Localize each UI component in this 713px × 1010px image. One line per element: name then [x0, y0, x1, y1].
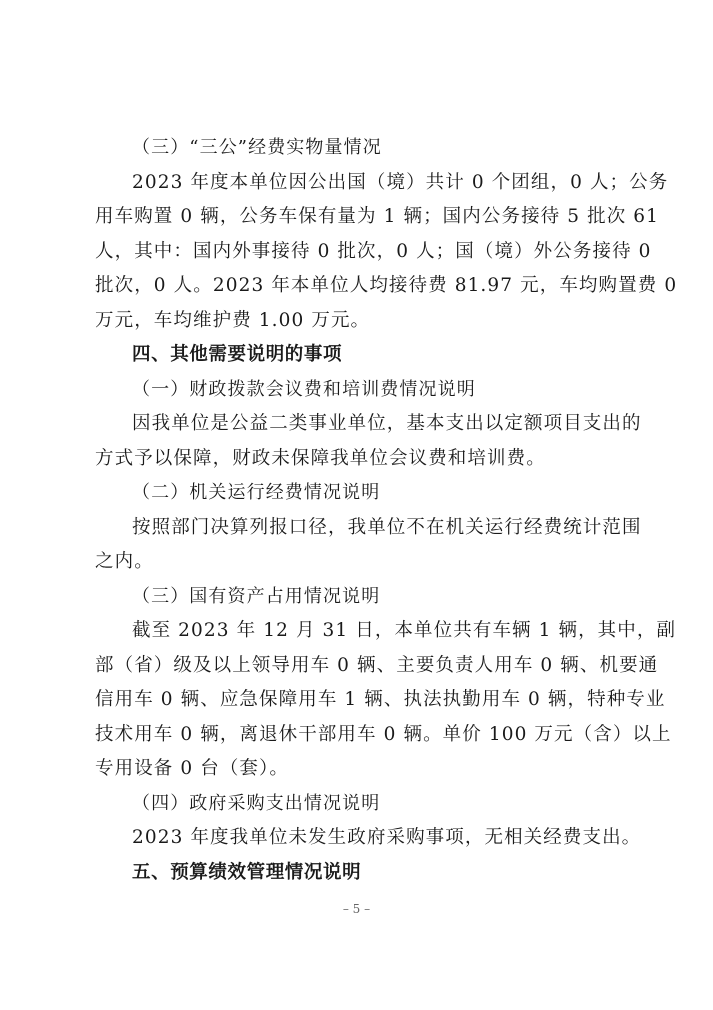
heading-performance-management: 五、预算绩效管理情况说明 [95, 856, 623, 891]
page-number: – 5 – [0, 902, 713, 916]
paragraph-sangong-physical: 2023 年度本单位因公出国（境）共计 0 个团组，0 人；公务 用车购置 0 … [95, 166, 623, 339]
paragraph-line: 之内。 [95, 545, 623, 580]
paragraph-line: 2023 年度本单位因公出国（境）共计 0 个团组，0 人；公务 [95, 166, 623, 201]
paragraph-line: 批次，0 人。2023 年本单位人均接待费 81.97 元，车均购置费 0 [95, 269, 623, 304]
subheading-procurement: （四）政府采购支出情况说明 [95, 787, 623, 822]
paragraph-operating-costs: 按照部门决算列报口径，我单位不在机关运行经费统计范围 之内。 [95, 511, 623, 580]
subheading-state-assets: （三）国有资产占用情况说明 [95, 580, 623, 615]
subheading-operating-costs: （二）机关运行经费情况说明 [95, 476, 623, 511]
paragraph-line: 因我单位是公益二类事业单位，基本支出以定额项目支出的 [95, 407, 623, 442]
heading-other-matters: 四、其他需要说明的事项 [95, 338, 623, 373]
paragraph-line: 技术用车 0 辆，离退休干部用车 0 辆。单价 100 万元（含）以上 [95, 718, 623, 753]
document-page: （三）“三公”经费实物量情况 2023 年度本单位因公出国（境）共计 0 个团组… [95, 131, 623, 890]
subheading-sangong-physical: （三）“三公”经费实物量情况 [95, 131, 623, 166]
paragraph-line: 专用设备 0 台（套）。 [95, 752, 623, 787]
subheading-meeting-training: （一）财政拨款会议费和培训费情况说明 [95, 373, 623, 408]
paragraph-line: 万元，车均维护费 1.00 万元。 [95, 304, 623, 339]
paragraph-state-assets: 截至 2023 年 12 月 31 日，本单位共有车辆 1 辆，其中，副 部（省… [95, 614, 623, 787]
paragraph-line: 部（省）级及以上领导用车 0 辆、主要负责人用车 0 辆、机要通 [95, 649, 623, 684]
paragraph-line: 2023 年度我单位未发生政府采购事项，无相关经费支出。 [95, 821, 623, 856]
paragraph-line: 截至 2023 年 12 月 31 日，本单位共有车辆 1 辆，其中，副 [95, 614, 623, 649]
paragraph-line: 用车购置 0 辆，公务车保有量为 1 辆；国内公务接待 5 批次 61 [95, 200, 623, 235]
paragraph-line: 按照部门决算列报口径，我单位不在机关运行经费统计范围 [95, 511, 623, 546]
paragraph-line: 人，其中：国内外事接待 0 批次，0 人；国（境）外公务接待 0 [95, 235, 623, 270]
paragraph-procurement: 2023 年度我单位未发生政府采购事项，无相关经费支出。 [95, 821, 623, 856]
paragraph-meeting-training: 因我单位是公益二类事业单位，基本支出以定额项目支出的 方式予以保障，财政未保障我… [95, 407, 623, 476]
paragraph-line: 信用车 0 辆、应急保障用车 1 辆、执法执勤用车 0 辆，特种专业 [95, 683, 623, 718]
paragraph-line: 方式予以保障，财政未保障我单位会议费和培训费。 [95, 442, 623, 477]
